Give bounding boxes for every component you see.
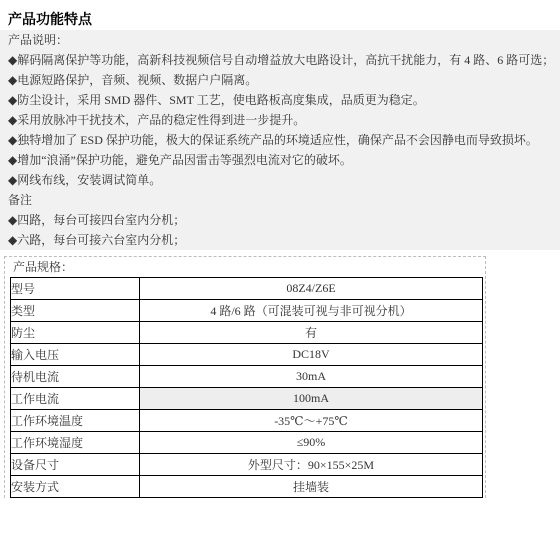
product-description-section: 产品说明： ◆解码隔离保护等功能，高新科技视频信号自动增益放大电路设计，高抗干扰… bbox=[0, 30, 560, 250]
spec-row: 输入电压 DC18V bbox=[11, 344, 483, 366]
spec-label-cell: 工作环境温度 bbox=[11, 410, 140, 432]
spec-row: 工作环境温度 -35℃～+75℃ bbox=[11, 410, 483, 432]
spec-label-cell: 工作电流 bbox=[11, 388, 140, 410]
feature-bullet: ◆解码隔离保护等功能，高新科技视频信号自动增益放大电路设计，高抗干扰能力，有 4… bbox=[8, 50, 552, 70]
spec-row: 工作环境湿度 ≤90% bbox=[11, 432, 483, 454]
feature-bullet: ◆网线布线，安装调试简单。 bbox=[8, 170, 552, 190]
spec-value-cell: 100mA bbox=[140, 388, 483, 410]
feature-bullet: ◆独特增加了 ESD 保护功能，极大的保证系统产品的环境适应性，确保产品不会因静… bbox=[8, 130, 552, 150]
spec-row: 工作电流 100mA bbox=[11, 388, 483, 410]
spec-value-cell: 外型尺寸：90×155×25M bbox=[140, 454, 483, 476]
note-bullet: ◆四路，每台可接四台室内分机； bbox=[8, 210, 552, 230]
spec-value-cell: 30mA bbox=[140, 366, 483, 388]
spec-label-cell: 安装方式 bbox=[11, 476, 140, 498]
spec-row: 安装方式 挂墙装 bbox=[11, 476, 483, 498]
spec-table: 型号 08Z4/Z6E 类型 4 路/6 路（可混装可视与非可视分机） 防尘 有… bbox=[10, 277, 483, 498]
spec-section: 产品规格： 型号 08Z4/Z6E 类型 4 路/6 路（可混装可视与非可视分机… bbox=[4, 256, 486, 498]
spec-label-cell: 输入电压 bbox=[11, 344, 140, 366]
spec-heading: 产品规格： bbox=[10, 258, 483, 277]
notes-heading: 备注 bbox=[8, 190, 552, 210]
spec-row: 型号 08Z4/Z6E bbox=[11, 278, 483, 300]
feature-bullet: ◆增加“浪涌”保护功能，避免产品因雷击等强烈电流对它的破坏。 bbox=[8, 150, 552, 170]
spec-value-cell: DC18V bbox=[140, 344, 483, 366]
note-bullet: ◆六路，每台可接六台室内分机； bbox=[8, 230, 552, 250]
spec-value-cell: 挂墙装 bbox=[140, 476, 483, 498]
spec-label-cell: 类型 bbox=[11, 300, 140, 322]
spec-value-cell: -35℃～+75℃ bbox=[140, 410, 483, 432]
spec-value-cell: 有 bbox=[140, 322, 483, 344]
description-heading: 产品说明： bbox=[8, 30, 552, 50]
feature-bullet: ◆电源短路保护，音频、视频、数据户户隔离。 bbox=[8, 70, 552, 90]
spec-label-cell: 设备尺寸 bbox=[11, 454, 140, 476]
spec-row: 设备尺寸 外型尺寸：90×155×25M bbox=[11, 454, 483, 476]
spec-value-cell: 4 路/6 路（可混装可视与非可视分机） bbox=[140, 300, 483, 322]
spec-label-cell: 防尘 bbox=[11, 322, 140, 344]
spec-row: 待机电流 30mA bbox=[11, 366, 483, 388]
spec-row: 类型 4 路/6 路（可混装可视与非可视分机） bbox=[11, 300, 483, 322]
feature-bullet: ◆采用放脉冲干扰技术，产品的稳定性得到进一步提升。 bbox=[8, 110, 552, 130]
spec-label-cell: 型号 bbox=[11, 278, 140, 300]
spec-value-cell: 08Z4/Z6E bbox=[140, 278, 483, 300]
feature-bullet: ◆防尘设计，采用 SMD 器件、SMT 工艺，使电路板高度集成，品质更为稳定。 bbox=[8, 90, 552, 110]
spec-value-cell: ≤90% bbox=[140, 432, 483, 454]
spec-row: 防尘 有 bbox=[11, 322, 483, 344]
spec-label-cell: 工作环境湿度 bbox=[11, 432, 140, 454]
page-title: 产品功能特点 bbox=[0, 0, 560, 30]
spec-label-cell: 待机电流 bbox=[11, 366, 140, 388]
